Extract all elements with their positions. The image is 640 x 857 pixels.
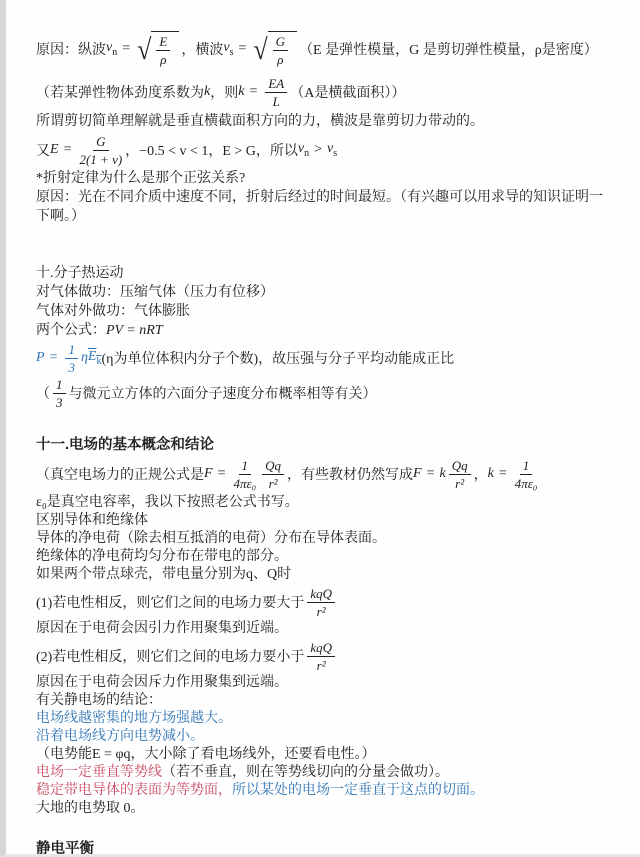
fraction-numerator: 1 <box>520 458 533 475</box>
text-run: 所谓剪切简单理解就是垂直横截面积方向的力，横波是靠剪切力带动的。 <box>36 114 484 129</box>
fraction-denominator: 4πε₀ <box>233 475 256 491</box>
line-refraction-reason-wrap: 下啊。） <box>36 207 620 226</box>
math-eta: η <box>81 350 88 366</box>
text-run: 区别导体和绝缘体 <box>36 513 148 528</box>
text-run: 如果两个带点球壳，带电量分别为q、Q时 <box>36 567 291 582</box>
fraction: Eρ <box>156 34 170 67</box>
text-run: 原因在于电荷会因斥力作用聚集到远端。 <box>36 675 288 690</box>
line-work-on-gas: 对气体做功：压缩气体（压力有位移） <box>36 283 620 302</box>
radical-icon: √ <box>253 31 267 69</box>
line-shear-explanation: 所谓剪切简单理解就是垂直横截面积方向的力，横波是靠剪切力带动的。 <box>36 112 620 131</box>
fraction-G-2-1-v: G2(1 + v) <box>79 134 122 167</box>
math-var: E <box>50 142 59 158</box>
fraction-denominator: 3 <box>56 394 63 410</box>
line-refraction-reason: 原因：光在不同介质中速度不同，折射后经过的时间最短。（有兴趣可以用求导的知识证明… <box>36 188 620 207</box>
line-perpendicular-equipotential: 电场一定垂直等势线（若不垂直，则在等势线切向的分量会做功）。 <box>36 764 620 782</box>
line-case2: (2)若电性相反，则它们之间的电场力要小于 kqQr² <box>36 638 620 674</box>
text-run: （若某弹性物体劲度系数为 <box>36 82 204 102</box>
math-subscript: n <box>304 148 309 159</box>
line-modulus-relation: 又 E = G2(1 + v) ，−0.5 < v < 1，E > G，所以 v… <box>36 131 620 169</box>
text-run: （若不垂直，则在等势线切向的分量会做功）。 <box>162 765 449 780</box>
sqrt-G-over-rho: √Gρ <box>253 31 297 67</box>
fraction-EA-L: EAL <box>265 76 287 109</box>
text-run: 原因：光在不同介质中速度不同，折射后经过的时间最短。（有兴趣可以用求导的知识证明… <box>36 190 603 205</box>
text-run: 两个公式： <box>36 323 106 338</box>
line-case1: (1)若电性相反，则它们之间的电场力要大于 kqQr² <box>36 584 620 620</box>
text-run: 原因：纵波 <box>36 39 106 59</box>
line-refraction-question: *折射定律为什么是那个正弦关系? <box>36 169 620 188</box>
math-vn: vn <box>298 141 309 159</box>
text-run: 对气体做功：压缩气体（压力有位移） <box>36 285 274 300</box>
fraction-denominator: L <box>273 93 280 109</box>
fraction-numerator: Qq <box>262 458 284 475</box>
text-run: ，横波 <box>181 39 223 59</box>
fraction-1-4pieps0: 14πε₀ <box>233 458 256 491</box>
fraction-numerator: kqQ <box>307 586 335 603</box>
math-subscript: s <box>230 47 234 58</box>
sqrt-E-over-rho: √Eρ <box>137 31 179 67</box>
greater-than-sign: > <box>314 142 322 158</box>
text-run: 导体的净电荷（除去相互抵消的电荷）分布在导体表面。 <box>36 531 386 546</box>
fraction-Qq-r2: Qqr² <box>449 458 471 491</box>
line-conductor-insulator: 区别导体和绝缘体 <box>36 512 620 530</box>
equals-sign: = <box>238 41 246 57</box>
text-run: (1)若电性相反，则它们之间的电场力要大于 <box>36 592 304 612</box>
text-run: 有关静电场的结论： <box>36 693 162 708</box>
text-run: 十.分子热运动 <box>36 266 124 281</box>
fraction-numerator: Qq <box>449 458 471 475</box>
fraction-kqQ-r2: kqQr² <box>307 640 335 673</box>
text-run: 大地的电势取 0。 <box>36 801 145 816</box>
text-run: 气体对外做功：气体膨胀 <box>36 304 190 319</box>
fraction-one-third: 13 <box>65 342 78 375</box>
fraction-denominator: r² <box>269 475 278 491</box>
efield-heading: 十一.电场的基本概念和结论 <box>36 436 620 454</box>
line-one-third-note: （ 13 与微元立方体的六面分子速度分布概率相等有关） <box>36 376 620 410</box>
math-var: k <box>238 84 244 100</box>
text-run-red: 稳定带电导体的表面为等势面， <box>36 783 232 798</box>
text-run: 与微元立方体的六面分子速度分布概率相等有关） <box>69 383 377 403</box>
line-ground-potential: 大地的电势取 0。 <box>36 800 620 818</box>
fraction-one-third: 13 <box>53 377 66 410</box>
text-run: (η为单位体积内分子个数)，故压强与分子平均动能成正比 <box>101 348 454 368</box>
fraction-numerator: G <box>273 34 288 51</box>
line-two-shells: 如果两个带点球壳，带电量分别为q、Q时 <box>36 566 620 584</box>
text-run: （电势能E = φq，大小除了看电场线外，还要看电性。） <box>36 747 376 762</box>
math-vn: vn <box>106 40 117 58</box>
fraction-numerator: 1 <box>239 458 252 475</box>
math-var-k: k <box>488 466 494 482</box>
fraction-denominator: 3 <box>68 359 75 375</box>
math-var-P: P <box>36 350 45 366</box>
document-page: 原因：纵波 vn = √Eρ ，横波 vs = √Gρ （E 是弹性模量，G 是… <box>0 0 640 857</box>
fraction-numerator: G <box>93 134 108 151</box>
line-permittivity-note: ε₀是真空电容率，我以下按照老公式书写。 <box>36 494 620 512</box>
line-stiffness-formula: （若某弹性物体劲度系数为 k ，则 k = EAL （A是横截面积）） <box>36 72 620 112</box>
text-run: ，−0.5 < v < 1，E > G，所以 <box>125 140 298 160</box>
equals-sign: = <box>218 466 226 482</box>
line-pressure-formula: P = 13 η Ek (η为单位体积内分子个数)，故压强与分子平均动能成正比 <box>36 340 620 376</box>
math-subscript: n <box>112 47 117 58</box>
text-run: 原因在于电荷会因引力作用聚集到近端。 <box>36 621 288 636</box>
equals-sign: = <box>249 84 257 100</box>
fraction-denominator: 4πε₀ <box>515 475 538 491</box>
section-wave-notes: 原因：纵波 vn = √Eρ ，横波 vs = √Gρ （E 是弹性模量，G 是… <box>36 26 620 226</box>
thermo-heading: 十.分子热运动 <box>36 264 620 283</box>
section-electric-field: 十一.电场的基本概念和结论 （真空电场力的正规公式是 F = 14πε₀ Qqr… <box>36 436 620 818</box>
line-field-line-density: 电场线越密集的地方场强越大。 <box>36 710 620 728</box>
text-run: ，有些教材仍然写成 <box>287 464 413 484</box>
line-insulator-charge: 绝缘体的净电荷均匀分布在带电的部分。 <box>36 548 620 566</box>
fraction-numerator: kqQ <box>307 640 335 657</box>
math-var-k: k <box>439 466 445 482</box>
equals-sign: = <box>50 350 58 366</box>
line-case2-reason: 原因在于电荷会因斥力作用聚集到远端。 <box>36 674 620 692</box>
heading-text: 静电平衡 <box>36 841 94 857</box>
text-run: ， <box>474 464 488 484</box>
fraction-denominator: ρ <box>160 51 166 67</box>
fraction-1-4pieps0: 14πε₀ <box>515 458 538 491</box>
math-subscript: s <box>333 148 337 159</box>
line-wave-speed-formula: 原因：纵波 vn = √Eρ ，横波 vs = √Gρ （E 是弹性模量，G 是… <box>36 26 620 72</box>
fraction: Gρ <box>273 34 288 67</box>
text-run: 电场线越密集的地方场强越大。 <box>36 711 232 726</box>
line-coulomb-formula: （真空电场力的正规公式是 F = 14πε₀ Qqr² ，有些教材仍然写成 F … <box>36 454 620 494</box>
fraction-denominator: ρ <box>277 51 283 67</box>
math-Ek-mean: Ek <box>88 349 102 367</box>
line-conclusions-intro: 有关静电场的结论： <box>36 692 620 710</box>
fraction-denominator: r² <box>317 603 326 619</box>
text-run: *折射定律为什么是那个正弦关系? <box>36 171 245 186</box>
fraction-denominator: 2(1 + v) <box>79 151 122 167</box>
text-run: （A是横截面积）） <box>290 82 405 102</box>
fraction-numerator: E <box>156 34 170 51</box>
line-case1-reason: 原因在于电荷会因引力作用聚集到近端。 <box>36 620 620 638</box>
math-pv-nrt: PV = nRT <box>106 323 163 338</box>
math-var-F: F <box>413 466 422 482</box>
line-conductor-charge: 导体的净电荷（除去相互抵消的电荷）分布在导体表面。 <box>36 530 620 548</box>
line-two-formulas: 两个公式：PV = nRT <box>36 321 620 340</box>
fraction-Qq-r2: Qqr² <box>262 458 284 491</box>
fraction-kqQ-r2: kqQr² <box>307 586 335 619</box>
text-run: 沿着电场线方向电势减小。 <box>36 729 204 744</box>
line-potential-decrease: 沿着电场线方向电势减小。 <box>36 728 620 746</box>
text-run: （ <box>36 383 50 403</box>
text-run: ，则 <box>210 82 238 102</box>
line-work-by-gas: 气体对外做功：气体膨胀 <box>36 302 620 321</box>
text-run-red: 电场一定垂直等势线 <box>36 765 162 780</box>
section-electrostatic-equilibrium: 静电平衡 <box>36 840 620 857</box>
equals-sign: = <box>122 41 130 57</box>
fraction-denominator: r² <box>455 475 464 491</box>
text-run-blue: 所以某处的电场一定垂直于这点的切面。 <box>232 783 484 798</box>
text-run: ε₀是真空电容率，我以下按照老公式书写。 <box>36 495 299 510</box>
text-run: （E 是弹性模量，G 是剪切弹性模量，ρ是密度） <box>299 39 598 59</box>
fraction-numerator: 1 <box>53 377 66 394</box>
heading-text: 十一.电场的基本概念和结论 <box>36 437 214 453</box>
line-potential-energy-note: （电势能E = φq，大小除了看电场线外，还要看电性。） <box>36 746 620 764</box>
text-run: （真空电场力的正规公式是 <box>36 464 204 484</box>
static-heading: 静电平衡 <box>36 840 620 857</box>
text-run: (2)若电性相反，则它们之间的电场力要小于 <box>36 646 304 666</box>
equals-sign: = <box>499 466 507 482</box>
line-conductor-surface-equipotential: 稳定带电导体的表面为等势面，所以某处的电场一定垂直于这点的切面。 <box>36 782 620 800</box>
fraction-numerator: 1 <box>65 342 78 359</box>
text-run: 又 <box>36 140 50 160</box>
radical-icon: √ <box>137 31 151 69</box>
fraction-numerator: EA <box>265 76 287 93</box>
text-run: 绝缘体的净电荷均匀分布在带电的部分。 <box>36 549 288 564</box>
text-run: 下啊。） <box>36 209 85 224</box>
equals-sign: = <box>64 142 72 158</box>
math-vs: vs <box>327 141 337 159</box>
section-thermal-motion: 十.分子热运动 对气体做功：压缩气体（压力有位移） 气体对外做功：气体膨胀 两个… <box>36 264 620 410</box>
fraction-denominator: r² <box>317 657 326 673</box>
math-var-F: F <box>204 466 213 482</box>
math-vs: vs <box>223 40 233 58</box>
equals-sign: = <box>427 466 435 482</box>
